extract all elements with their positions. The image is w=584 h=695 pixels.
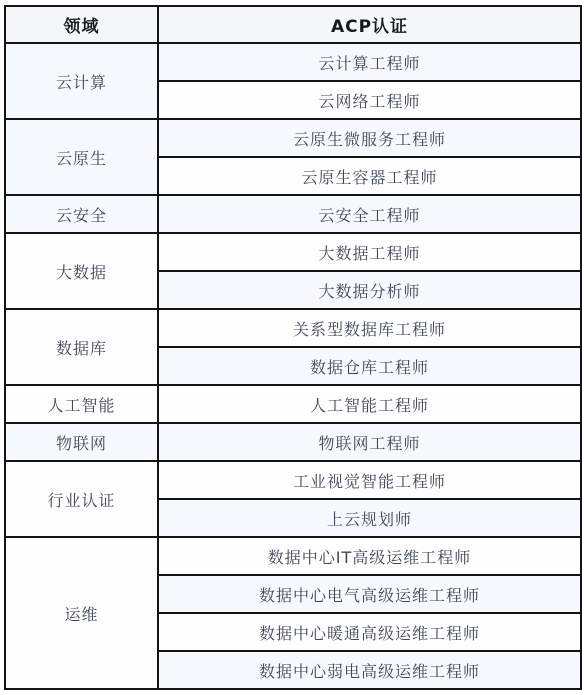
cert-cell: 数据中心IT高级运维工程师 xyxy=(158,537,581,575)
page: 领域 ACP认证 云计算云计算工程师云网络工程师云原生云原生微服务工程师云原生容… xyxy=(0,0,584,695)
cert-cell: 数据中心电气高级运维工程师 xyxy=(158,575,581,613)
domain-cell: 云原生 xyxy=(5,119,158,195)
cert-cell: 云安全工程师 xyxy=(158,195,581,233)
header-cell-domain: 领域 xyxy=(5,6,158,43)
cert-cell: 云原生微服务工程师 xyxy=(158,119,581,157)
domain-cell: 运维 xyxy=(5,537,158,689)
domain-cell: 数据库 xyxy=(5,309,158,385)
table-row: 云安全云安全工程师 xyxy=(5,195,581,233)
cert-cell: 大数据工程师 xyxy=(158,233,581,271)
domain-cell: 人工智能 xyxy=(5,385,158,423)
cert-cell: 数据仓库工程师 xyxy=(158,347,581,385)
table-row: 云原生云原生微服务工程师 xyxy=(5,119,581,157)
domain-cell: 行业认证 xyxy=(5,461,158,537)
header-cell-acp-certification: ACP认证 xyxy=(158,6,581,43)
cert-cell: 大数据分析师 xyxy=(158,271,581,309)
cert-cell: 数据中心暖通高级运维工程师 xyxy=(158,613,581,651)
table-row: 大数据大数据工程师 xyxy=(5,233,581,271)
table-row: 运维数据中心IT高级运维工程师 xyxy=(5,537,581,575)
cert-cell: 工业视觉智能工程师 xyxy=(158,461,581,499)
table-row: 数据库关系型数据库工程师 xyxy=(5,309,581,347)
cert-cell: 云原生容器工程师 xyxy=(158,157,581,195)
domain-cell: 云计算 xyxy=(5,43,158,119)
cert-cell: 数据中心弱电高级运维工程师 xyxy=(158,651,581,689)
header-row: 领域 ACP认证 xyxy=(5,6,581,43)
table-row: 行业认证工业视觉智能工程师 xyxy=(5,461,581,499)
table-body: 云计算云计算工程师云网络工程师云原生云原生微服务工程师云原生容器工程师云安全云安… xyxy=(5,43,581,689)
table-header: 领域 ACP认证 xyxy=(5,6,581,43)
cert-cell: 上云规划师 xyxy=(158,499,581,537)
cert-cell: 云网络工程师 xyxy=(158,81,581,119)
cert-cell: 物联网工程师 xyxy=(158,423,581,461)
domain-cell: 大数据 xyxy=(5,233,158,309)
table-row: 物联网物联网工程师 xyxy=(5,423,581,461)
cert-cell: 关系型数据库工程师 xyxy=(158,309,581,347)
cert-cell: 云计算工程师 xyxy=(158,43,581,81)
table-row: 人工智能人工智能工程师 xyxy=(5,385,581,423)
domain-cell: 物联网 xyxy=(5,423,158,461)
table-row: 云计算云计算工程师 xyxy=(5,43,581,81)
cert-cell: 人工智能工程师 xyxy=(158,385,581,423)
certification-table: 领域 ACP认证 云计算云计算工程师云网络工程师云原生云原生微服务工程师云原生容… xyxy=(4,5,582,690)
domain-cell: 云安全 xyxy=(5,195,158,233)
